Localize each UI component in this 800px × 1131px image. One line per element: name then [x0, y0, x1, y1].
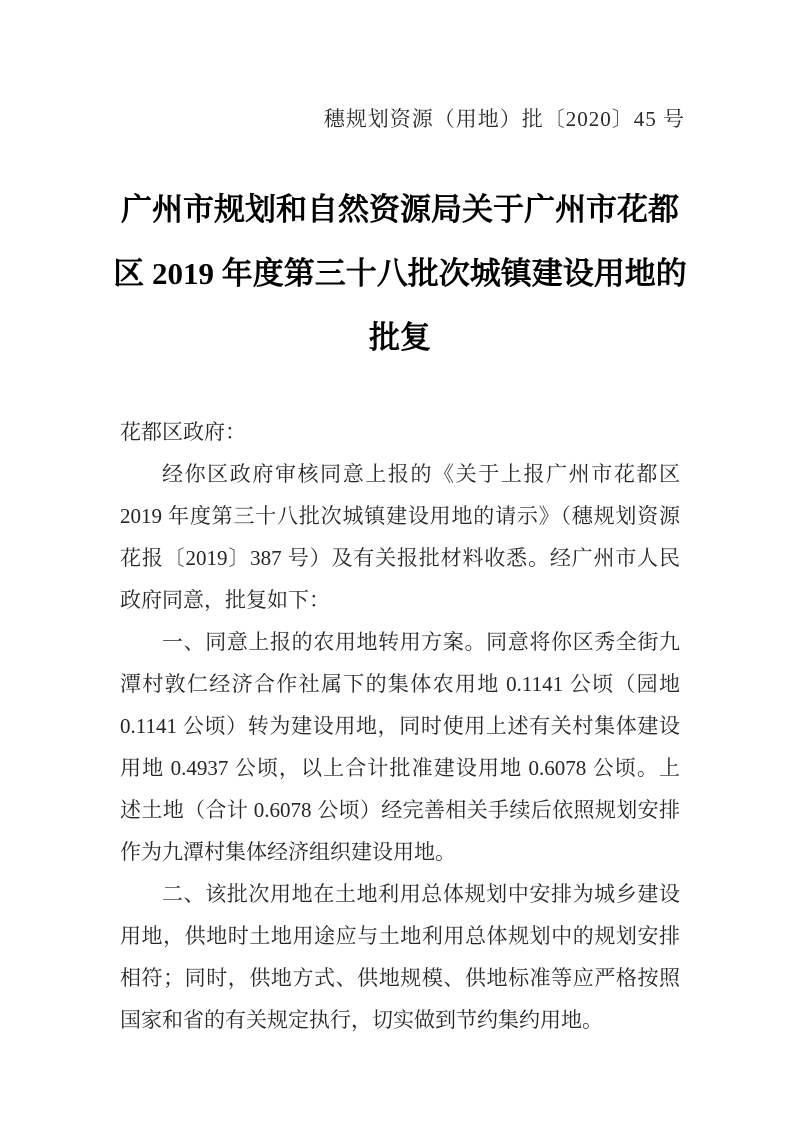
body-line: 述土地（合计 0.6078 公顷）经完善相关手续后依照规划安排 [120, 789, 680, 831]
body-line: 作为九潭村集体经济组织建设用地。 [120, 831, 680, 873]
doc-number: 穗规划资源（用地）批〔2020〕45 号 [120, 104, 685, 134]
body-line: 2019 年度第三十八批次城镇建设用地的请示》（穗规划资源 [120, 495, 680, 537]
document-title: 广州市规划和自然资源局关于广州市花都 区 2019 年度第三十八批次城镇建设用地… [60, 178, 740, 370]
body-line: 用地，供地时土地用途应与土地利用总体规划中的规划安排 [120, 915, 680, 957]
body-line: 潭村敦仁经济合作社属下的集体农用地 0.1141 公顷（园地 [120, 663, 680, 705]
body-line: 国家和省的有关规定执行，切实做到节约集约用地。 [120, 999, 680, 1041]
body-line: 用地 0.4937 公顷，以上合计批准建设用地 0.6078 公顷。上 [120, 747, 680, 789]
document-body: 花都区政府： 经你区政府审核同意上报的《关于上报广州市花都区 2019 年度第三… [120, 411, 680, 1041]
document-page: 穗规划资源（用地）批〔2020〕45 号 广州市规划和自然资源局关于广州市花都 … [0, 0, 800, 1131]
body-line: 二、该批次用地在土地利用总体规划中安排为城乡建设 [120, 873, 680, 915]
body-line: 相符；同时，供地方式、供地规模、供地标准等应严格按照 [120, 957, 680, 999]
body-line: 政府同意，批复如下： [120, 579, 680, 621]
body-line: 一、同意上报的农用地转用方案。同意将你区秀全街九 [120, 621, 680, 663]
body-line: 花报〔2019〕387 号）及有关报批材料收悉。经广州市人民 [120, 537, 680, 579]
title-line-3: 批复 [60, 306, 740, 370]
body-line: 0.1141 公顷）转为建设用地，同时使用上述有关村集体建设 [120, 705, 680, 747]
title-line-1: 广州市规划和自然资源局关于广州市花都 [60, 178, 740, 242]
salutation: 花都区政府： [120, 411, 680, 453]
body-line: 经你区政府审核同意上报的《关于上报广州市花都区 [120, 453, 680, 495]
title-line-2: 区 2019 年度第三十八批次城镇建设用地的 [60, 242, 740, 306]
